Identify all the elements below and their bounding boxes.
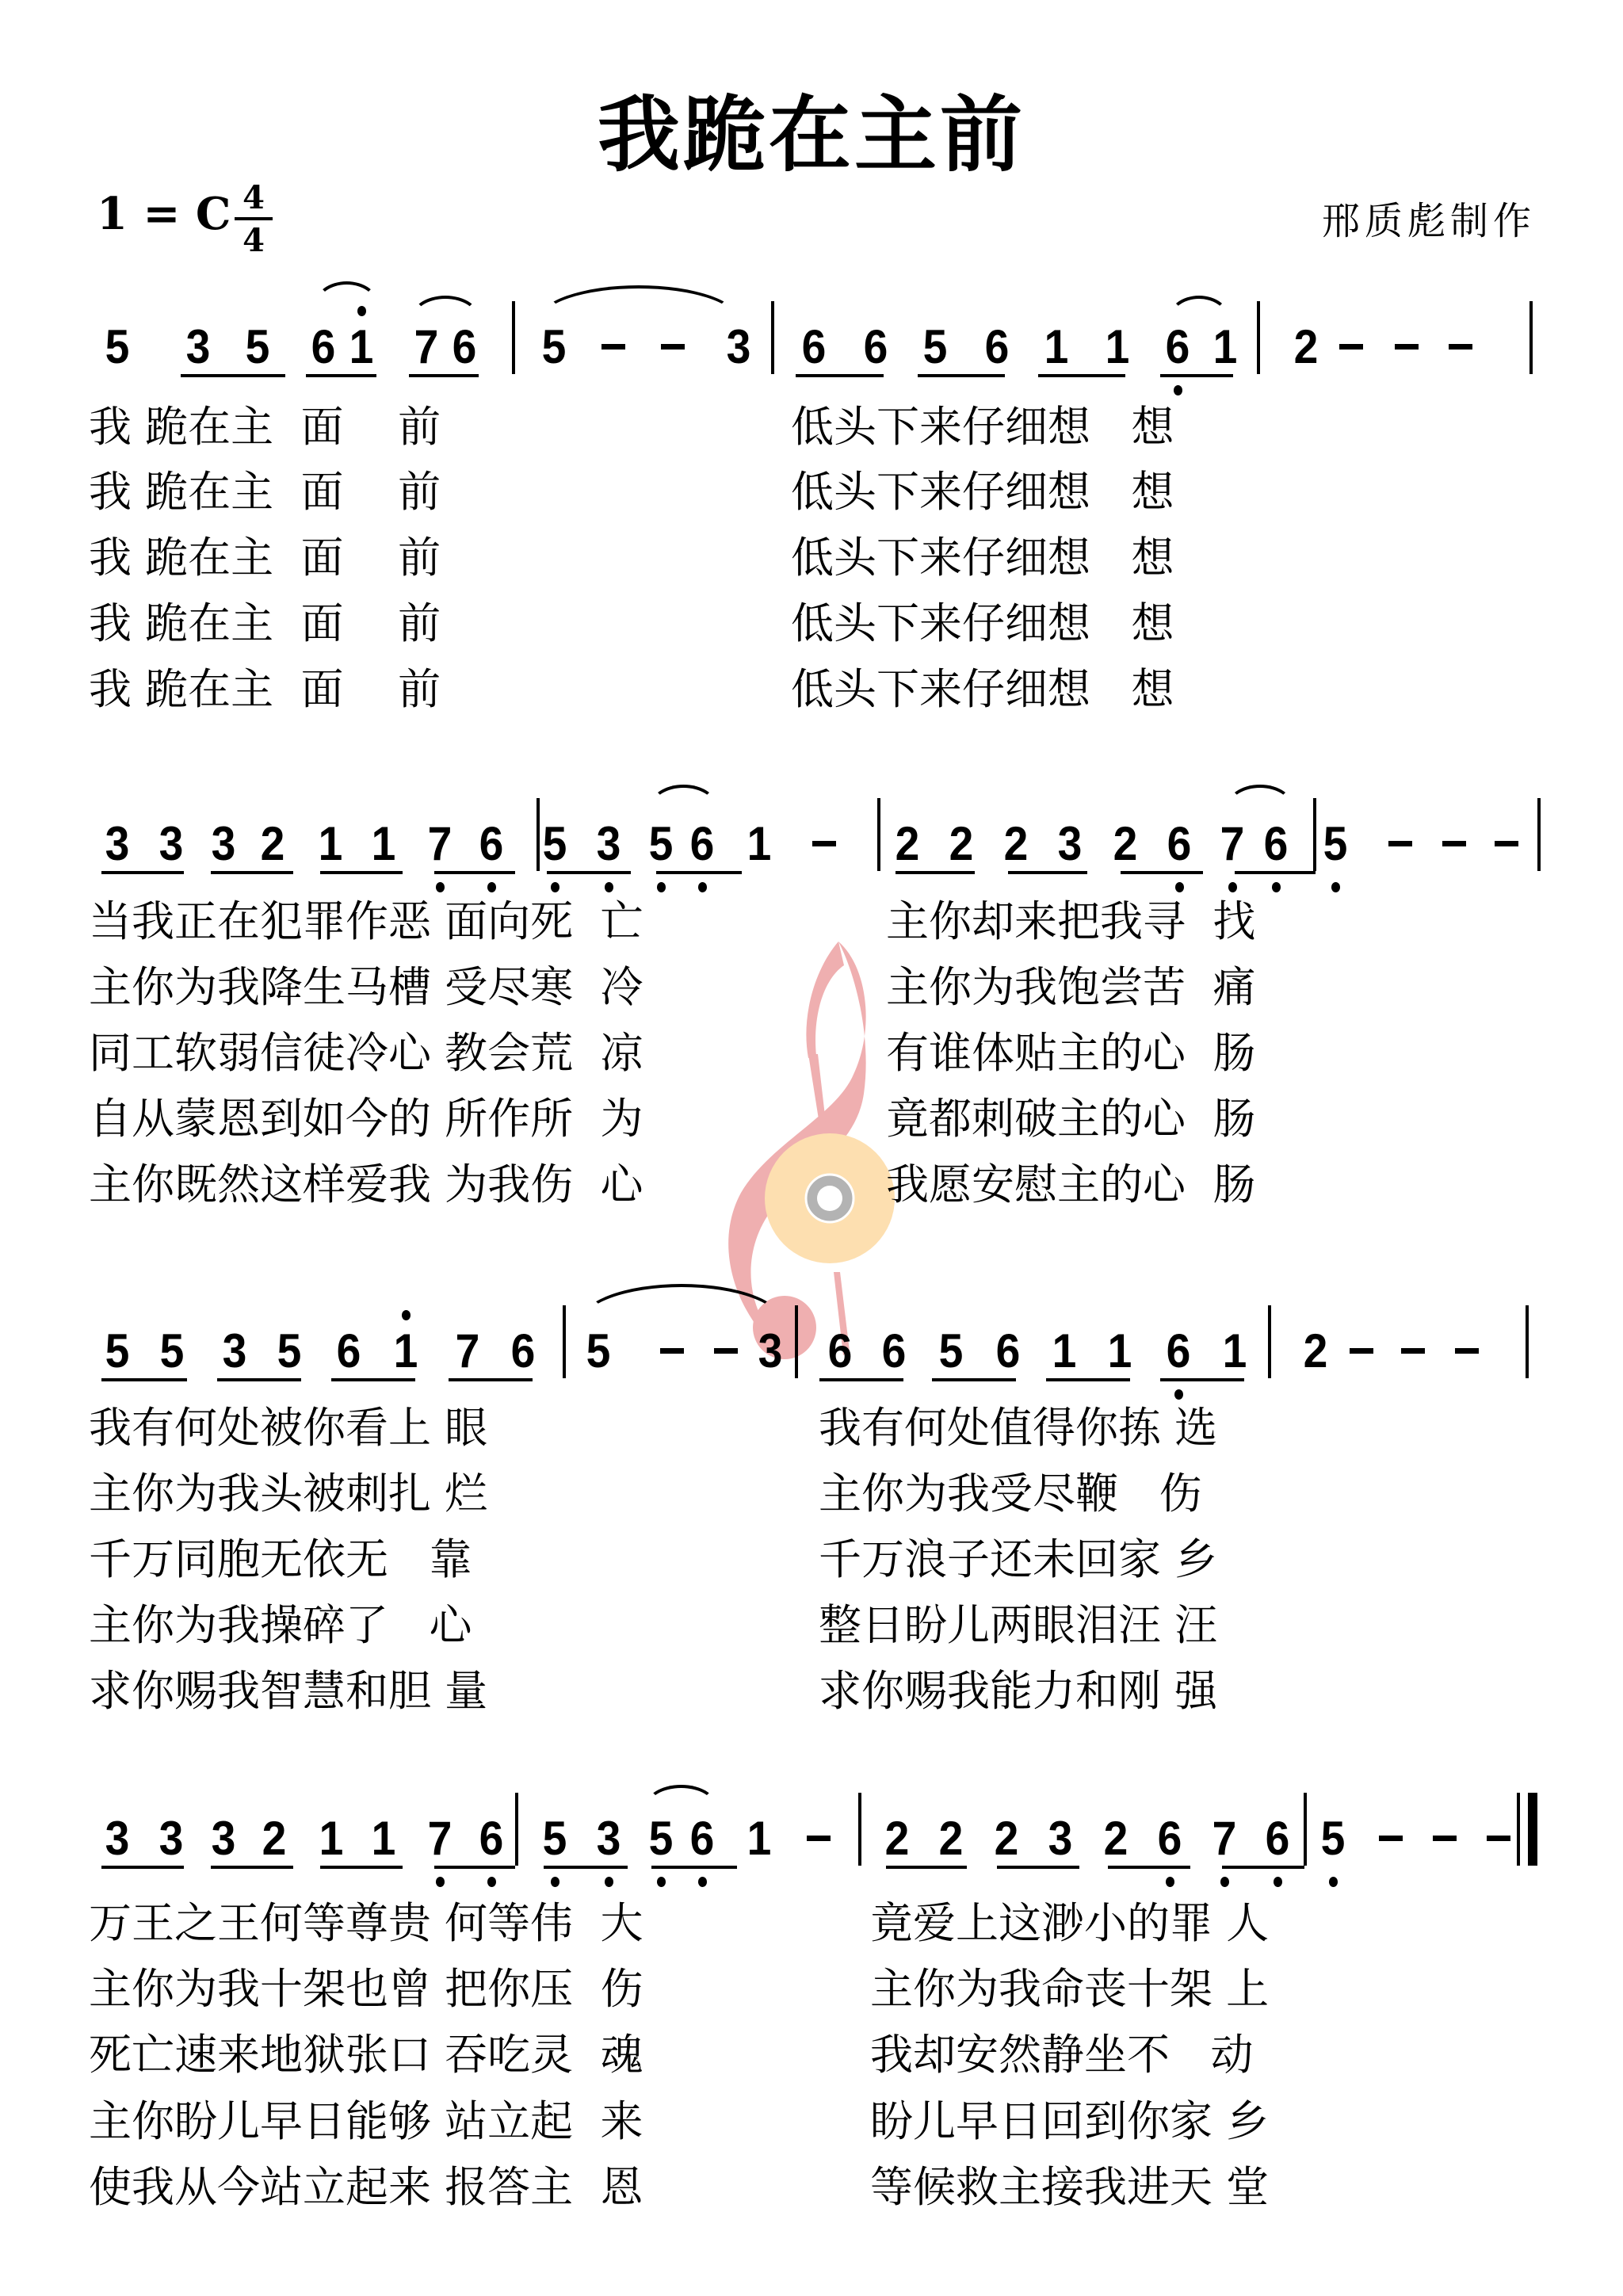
note: 3	[157, 820, 186, 868]
barline	[858, 1793, 861, 1866]
sustain-dash	[661, 344, 685, 350]
sustain-dash	[660, 1348, 684, 1354]
lyric-line-right: 我愿安慰主的心 肠	[886, 1163, 1255, 1206]
lyric-line-right: 有谁体贴主的心 肠	[886, 1032, 1255, 1075]
sustain-dash	[1495, 841, 1518, 846]
note: 6	[1163, 323, 1193, 371]
high-octave-dot	[357, 306, 366, 316]
note: 5	[243, 323, 273, 371]
lyric-line-left: 我 跪在主 面 前	[89, 602, 441, 645]
note: 2	[260, 1815, 289, 1862]
note: 6	[309, 323, 338, 371]
lyric-line-left: 使我从今站立起来 报答主 恩	[89, 2166, 643, 2209]
lyric-line-left: 主你为我操碎了 心	[89, 1604, 472, 1647]
lyric-line-left: 主你盼儿早日能够 站立起 来	[89, 2100, 643, 2143]
lyric-line-right: 整日盼儿两眼泪汪 汪	[819, 1604, 1217, 1647]
slur-arc	[411, 296, 480, 319]
note: 7	[412, 323, 441, 371]
lyric-line-right: 低头下来仔细想 想	[791, 537, 1174, 579]
note: 6	[1164, 1328, 1193, 1375]
note: 5	[647, 1815, 676, 1862]
time-signature: 4 4	[235, 182, 273, 257]
time-signature-divider	[235, 217, 273, 220]
note: 6	[1262, 820, 1291, 868]
lyric-line-right: 求你赐我能力和刚 强	[819, 1670, 1217, 1713]
note: 1	[369, 820, 399, 868]
note: 5	[103, 323, 132, 371]
sustain-dash	[1455, 1348, 1479, 1354]
note: 3	[594, 820, 624, 868]
eighth-beam	[896, 871, 975, 874]
eighth-beam	[320, 1866, 403, 1869]
lyric-line-left: 死亡速来地狱张口 吞吃灵 魂	[89, 2034, 643, 2076]
note: 1	[391, 1328, 421, 1375]
time-signature-numerator: 4	[235, 182, 273, 214]
slur-arc	[579, 1284, 785, 1324]
note: 6	[800, 323, 829, 371]
lyric-line-right: 我却安然静坐不 动	[870, 2034, 1254, 2076]
note: 6	[477, 1815, 506, 1862]
low-octave-dot	[1329, 1877, 1338, 1887]
eighth-beam	[320, 871, 403, 874]
low-octave-dot	[698, 1877, 707, 1887]
lyric-line-left: 同工软弱信徒冷心 教会荒 凉	[89, 1032, 643, 1075]
note: 5	[275, 1328, 304, 1375]
lyric-line-right: 等候救主接我进天 堂	[870, 2166, 1269, 2209]
note: 7	[426, 820, 455, 868]
lyric-line-right: 盼儿早日回到你家 乡	[870, 2100, 1269, 2143]
lyric-line-right: 主你为我饱尝苦 痛	[886, 966, 1255, 1009]
barline	[1526, 1305, 1529, 1378]
eighth-beam	[434, 871, 515, 874]
barline	[1304, 1793, 1307, 1866]
note: 2	[992, 1815, 1022, 1862]
lyric-line-left: 自从蒙恩到如今的 所作所 为	[89, 1098, 643, 1140]
note: 2	[1301, 1328, 1331, 1375]
note: 5	[158, 1328, 187, 1375]
low-octave-dot	[1175, 882, 1184, 892]
low-octave-dot	[605, 882, 613, 892]
eighth-beam	[656, 871, 742, 874]
eighth-beam	[217, 1378, 301, 1381]
note: 5	[647, 820, 676, 868]
lyric-line-left: 主你为我头被刺扎 烂	[89, 1473, 487, 1515]
song-title: 我跪在主前	[0, 94, 1623, 176]
eighth-beam	[1046, 1378, 1130, 1381]
slur-arc	[1227, 785, 1293, 807]
note: 3	[184, 323, 213, 371]
low-octave-dot	[436, 1877, 445, 1887]
sustain-dash	[1339, 344, 1363, 350]
note: 6	[1155, 1815, 1185, 1862]
note: 7	[426, 1815, 455, 1862]
slur-arc	[1168, 296, 1230, 319]
low-octave-dot	[551, 882, 559, 892]
eighth-beam	[211, 871, 293, 874]
key-signature: 1 = C	[97, 192, 231, 236]
note: 1	[1042, 323, 1071, 371]
sustain-dash	[1388, 841, 1412, 846]
lyric-line-right: 低头下来仔细想 想	[791, 471, 1174, 514]
low-octave-dot	[436, 882, 445, 892]
note: 6	[334, 1328, 364, 1375]
note: 2	[883, 1815, 912, 1862]
note: 5	[540, 1815, 570, 1862]
sustain-dash	[807, 1836, 831, 1841]
note: 3	[103, 820, 132, 868]
note: 3	[220, 1328, 250, 1375]
eighth-beam	[544, 1866, 628, 1869]
slur-arc	[650, 785, 717, 807]
low-octave-dot	[1174, 1389, 1183, 1400]
low-octave-dot	[605, 1877, 613, 1887]
eighth-beam	[547, 871, 631, 874]
lyric-line-left: 我 跪在主 面 前	[89, 471, 441, 514]
note: 3	[1046, 1815, 1075, 1862]
note: 6	[826, 1328, 855, 1375]
eighth-beam	[1008, 871, 1087, 874]
note: 5	[937, 1328, 966, 1375]
note: 1	[1220, 1328, 1250, 1375]
note: 2	[893, 820, 922, 868]
note: 6	[983, 323, 1012, 371]
lyric-line-left: 我 跪在主 面 前	[89, 537, 441, 579]
low-octave-dot	[1272, 882, 1281, 892]
lyric-line-left: 千万同胞无依无 靠	[89, 1538, 472, 1581]
eighth-beam	[409, 374, 479, 377]
low-octave-dot	[657, 882, 666, 892]
eighth-beam	[1108, 1866, 1190, 1869]
note: 7	[1210, 1815, 1239, 1862]
lyric-line-right: 我有何处值得你拣 选	[819, 1407, 1217, 1450]
note: 6	[477, 820, 506, 868]
note: 2	[258, 820, 288, 868]
barline	[563, 1305, 566, 1378]
note: 1	[317, 1815, 346, 1862]
eighth-beam	[932, 1378, 1016, 1381]
note: 3	[756, 1328, 785, 1375]
note: 2	[937, 1815, 966, 1862]
note: 6	[880, 1328, 909, 1375]
lyric-line-right: 低头下来仔细想 想	[791, 668, 1174, 711]
sustain-dash	[1379, 1836, 1403, 1841]
lyric-line-left: 求你赐我智慧和胆 量	[89, 1670, 487, 1713]
note: 2	[1111, 820, 1140, 868]
note: 3	[594, 1815, 624, 1862]
note: 5	[540, 323, 569, 371]
note: 1	[745, 820, 774, 868]
note: 2	[1102, 1815, 1131, 1862]
eighth-beam	[1160, 374, 1233, 377]
note: 6	[861, 323, 891, 371]
lyric-line-right: 低头下来仔细想 想	[791, 406, 1174, 449]
barline	[1257, 301, 1260, 374]
lyric-line-left: 主你为我降生马槽 受尽寒 冷	[89, 966, 643, 1009]
eighth-beam	[819, 1378, 903, 1381]
slur-arc	[315, 281, 379, 305]
note: 1	[347, 323, 376, 371]
note: 6	[450, 323, 479, 371]
time-signature-denominator: 4	[235, 225, 273, 257]
eighth-beam	[449, 1378, 533, 1381]
eighth-beam	[211, 1866, 293, 1869]
eighth-beam	[306, 374, 376, 377]
note: 1	[369, 1815, 399, 1862]
eighth-beam	[1038, 374, 1125, 377]
high-octave-dot	[402, 1310, 411, 1320]
note: 5	[921, 323, 950, 371]
sustain-dash	[1433, 1836, 1457, 1841]
low-octave-dot	[1174, 385, 1182, 395]
note: 2	[1292, 323, 1321, 371]
note: 6	[688, 820, 717, 868]
lyric-line-left: 主你为我十架也曾 把你压 伤	[89, 1968, 643, 2011]
eighth-beam	[1121, 871, 1203, 874]
note: 5	[584, 1328, 613, 1375]
barline	[537, 798, 540, 871]
lyric-line-right: 主你却来把我寻 找	[886, 900, 1255, 943]
barline	[512, 301, 515, 374]
note: 3	[209, 820, 239, 868]
low-octave-dot	[698, 882, 707, 892]
low-octave-dot	[657, 1877, 666, 1887]
note: 3	[724, 323, 754, 371]
eighth-beam	[918, 374, 1005, 377]
low-octave-dot	[1220, 1877, 1229, 1887]
note: 1	[745, 1815, 774, 1862]
low-octave-dot	[1228, 882, 1237, 892]
lyric-line-left: 主你既然这样爱我 为我伤 心	[89, 1163, 643, 1206]
note: 2	[947, 820, 976, 868]
lyric-line-left: 我有何处被你看上 眼	[89, 1407, 487, 1450]
low-octave-dot	[487, 1877, 496, 1887]
barline	[795, 1305, 798, 1378]
eighth-beam	[181, 374, 285, 377]
slur-arc	[537, 285, 740, 321]
sustain-dash	[714, 1348, 738, 1354]
note: 6	[509, 1328, 538, 1375]
final-barline-thick	[1528, 1793, 1537, 1866]
eighth-beam	[886, 1866, 967, 1869]
note: 1	[316, 820, 346, 868]
author-credit: 邢质彪制作	[1322, 190, 1536, 245]
barline	[771, 301, 774, 374]
slur-arc	[645, 1785, 717, 1807]
eighth-beam	[1160, 1378, 1244, 1381]
note: 1	[1211, 323, 1240, 371]
eighth-beam	[434, 1866, 515, 1869]
note: 6	[688, 1815, 717, 1862]
low-octave-dot	[1166, 1877, 1174, 1887]
low-octave-dot	[551, 1877, 559, 1887]
lyric-line-right: 千万浪子还未回家 乡	[819, 1538, 1217, 1581]
barline	[1268, 1305, 1271, 1378]
lyric-line-left: 万王之王何等尊贵 何等伟 大	[89, 1902, 643, 1945]
eighth-beam	[1222, 1866, 1304, 1869]
lyric-line-left: 我 跪在主 面 前	[89, 406, 441, 449]
low-octave-dot	[1331, 882, 1340, 892]
lyric-line-left: 我 跪在主 面 前	[89, 668, 441, 711]
note: 5	[1321, 820, 1350, 868]
note: 1	[1103, 323, 1132, 371]
barline	[515, 1793, 518, 1866]
sustain-dash	[1395, 344, 1419, 350]
note: 7	[453, 1328, 483, 1375]
note: 2	[1002, 820, 1031, 868]
sustain-dash	[1449, 344, 1472, 350]
lyric-line-right: 主你为我受尽鞭 伤	[819, 1473, 1202, 1515]
sustain-dash	[1487, 1836, 1510, 1841]
note: 6	[994, 1328, 1023, 1375]
sustain-dash	[1401, 1348, 1425, 1354]
note: 5	[103, 1328, 132, 1375]
note: 7	[1218, 820, 1247, 868]
note: 3	[1056, 820, 1085, 868]
eighth-beam	[651, 1866, 737, 1869]
barline	[877, 798, 880, 871]
lyric-line-right: 低头下来仔细想 想	[791, 602, 1174, 645]
note: 1	[1106, 1328, 1135, 1375]
eighth-beam	[101, 871, 184, 874]
note: 3	[157, 1815, 186, 1862]
lyric-line-right: 竟都刺破主的心 肠	[886, 1098, 1255, 1140]
sustain-dash	[1442, 841, 1466, 846]
sustain-dash	[601, 344, 625, 350]
lyric-line-right: 主你为我命丧十架 上	[870, 1968, 1269, 2011]
note: 5	[540, 820, 570, 868]
lyric-line-left: 当我正在犯罪作恶 面向死 亡	[89, 900, 643, 943]
note: 1	[1050, 1328, 1079, 1375]
eighth-beam	[997, 1866, 1079, 1869]
note: 3	[209, 1815, 239, 1862]
eighth-beam	[331, 1378, 415, 1381]
sustain-dash	[1350, 1348, 1373, 1354]
note: 6	[1165, 820, 1194, 868]
note: 6	[1263, 1815, 1293, 1862]
eighth-beam	[796, 374, 884, 377]
barline	[1313, 798, 1316, 871]
barline	[1537, 798, 1541, 871]
eighth-beam	[1235, 871, 1316, 874]
low-octave-dot	[487, 882, 496, 892]
barline	[1529, 301, 1533, 374]
note: 5	[1319, 1815, 1348, 1862]
low-octave-dot	[1274, 1877, 1282, 1887]
lyric-line-right: 竟爱上这渺小的罪 人	[870, 1902, 1269, 1945]
note: 3	[103, 1815, 132, 1862]
eighth-beam	[101, 1378, 187, 1381]
final-barline-thin	[1517, 1793, 1520, 1866]
sustain-dash	[812, 841, 836, 846]
eighth-beam	[101, 1866, 184, 1869]
